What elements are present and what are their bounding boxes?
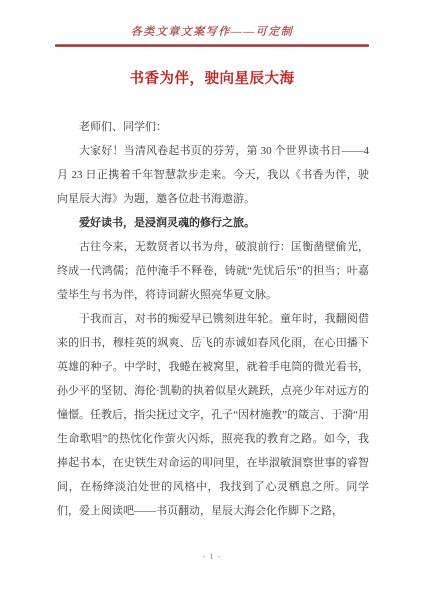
paragraph-thesis: 爱好读书，是浸润灵魂的修行之旅。 <box>57 211 369 235</box>
paragraph-historical-examples: 古往今来，无数贤者以书为舟，破浪前行：匡衡凿壁偷光，终成一代鸿儒；范仲淹手不释卷… <box>57 235 369 307</box>
document-title: 书香为伴，驶向星辰大海 <box>0 69 424 89</box>
header-divider-line <box>55 44 369 47</box>
header-watermark-text: 各类文章文案写作——可定制 <box>0 25 424 39</box>
salutation-line: 老师们、同学们： <box>57 115 369 139</box>
page-footer: - 1 - <box>0 550 424 562</box>
document-page: 各类文章文案写作——可定制 书香为伴，驶向星辰大海 老师们、同学们： 大家好！当… <box>0 0 424 600</box>
paragraph-greeting: 大家好！当清风卷起书页的芬芳，第 30 个世界读书日——4 月 23 日正携着千… <box>57 139 369 211</box>
document-body: 老师们、同学们： 大家好！当清风卷起书页的芬芳，第 30 个世界读书日——4 月… <box>57 115 369 523</box>
paragraph-personal-story: 于我而言，对书的痴爱早已镌刻进年轮。童年时，我翻阅借来的旧书，穆桂英的飒爽、岳飞… <box>57 307 369 523</box>
page-number: - 1 - <box>202 551 221 561</box>
